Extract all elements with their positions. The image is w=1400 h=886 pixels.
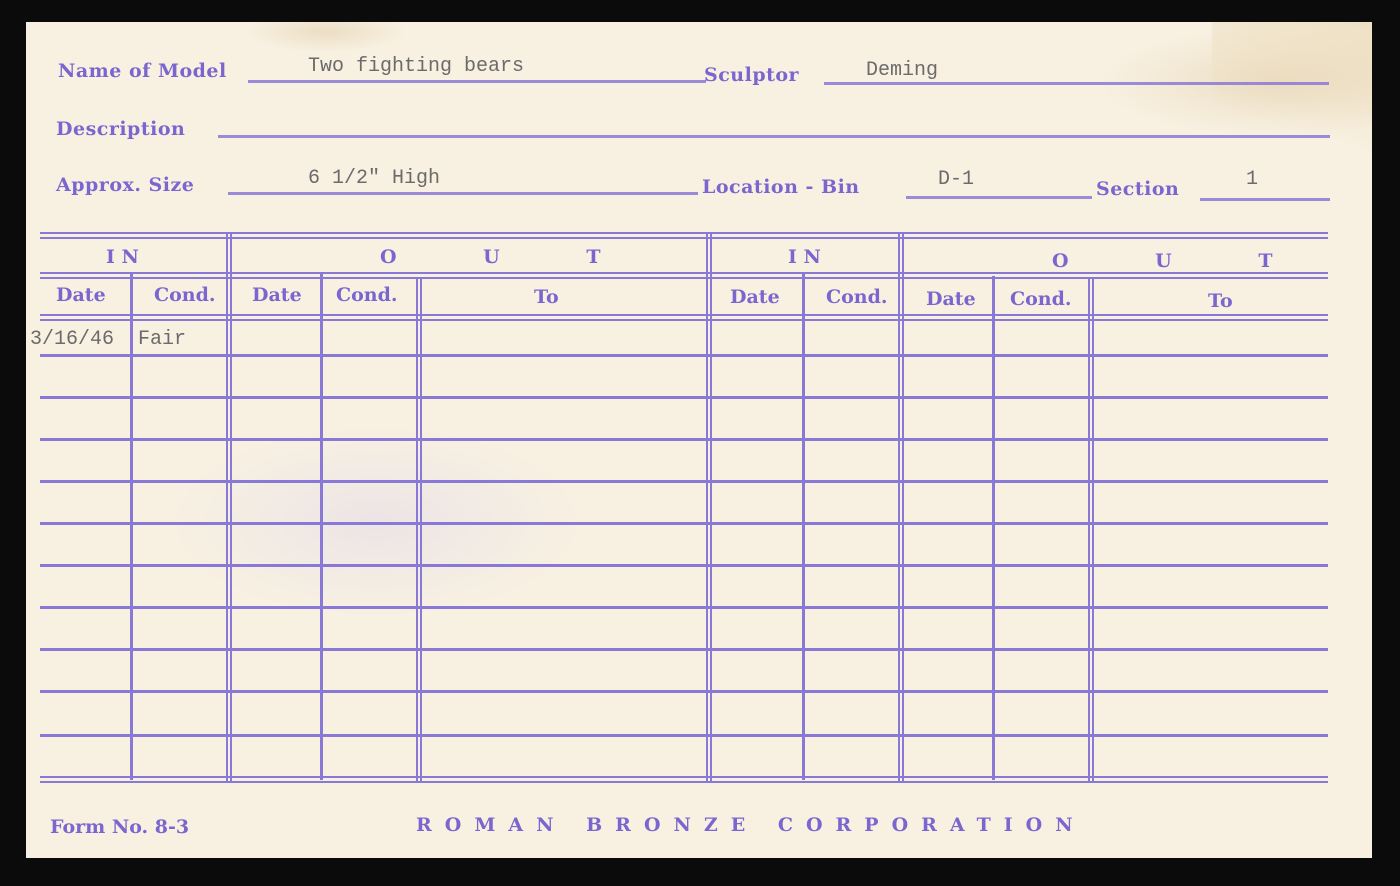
- col-header-out-cond: Cond.: [336, 284, 398, 306]
- row-line: [40, 690, 1328, 693]
- col-header-out-to: To: [534, 286, 559, 308]
- row-line: [40, 354, 1328, 357]
- inventory-card: Name of Model Two fighting bears Sculpto…: [26, 22, 1372, 858]
- group-separator: [1088, 278, 1094, 782]
- group-header-out-1: O U T: [380, 246, 641, 268]
- group-separator: [706, 232, 712, 782]
- column-header-divider: [40, 314, 1328, 321]
- col-header-out2-cond: Cond.: [1010, 288, 1072, 310]
- approx-size-label: Approx. Size: [56, 174, 194, 196]
- form-number: Form No. 8-3: [50, 816, 189, 838]
- row-line: [40, 522, 1328, 525]
- cell-in-cond[interactable]: Fair: [138, 328, 186, 351]
- col-header-in-cond: Cond.: [154, 284, 216, 306]
- sculptor-label: Sculptor: [704, 64, 799, 86]
- location-bin-underline: [906, 196, 1092, 199]
- group-header-in-1: I N: [106, 246, 139, 268]
- sculptor-underline: [824, 82, 1329, 85]
- name-of-model-value[interactable]: Two fighting bears: [308, 55, 524, 78]
- group-separator: [898, 232, 904, 782]
- location-bin-value[interactable]: D-1: [938, 168, 974, 191]
- approx-size-underline: [228, 192, 698, 195]
- description-label: Description: [56, 118, 185, 140]
- row-line: [40, 438, 1328, 441]
- cell-in-date[interactable]: 3/16/46: [30, 328, 114, 351]
- column-separator: [992, 276, 995, 780]
- group-header-in-2: I N: [788, 246, 821, 268]
- name-of-model-underline: [248, 80, 706, 83]
- row-line: [40, 606, 1328, 609]
- section-underline: [1200, 198, 1330, 201]
- water-stain: [1212, 22, 1372, 162]
- col-header-out-date: Date: [252, 284, 302, 306]
- column-separator: [130, 274, 133, 780]
- group-separator: [416, 278, 422, 782]
- group-header-out-2: O U T: [1052, 250, 1313, 272]
- col-header-out2-to: To: [1208, 290, 1233, 312]
- col-header-in2-cond: Cond.: [826, 286, 888, 308]
- section-label: Section: [1096, 178, 1179, 200]
- company-name: ROMAN BRONZE CORPORATION: [416, 814, 1086, 836]
- group-header-divider: [40, 272, 1328, 279]
- table-bottom-border: [40, 776, 1328, 783]
- col-header-in2-date: Date: [730, 286, 780, 308]
- description-underline: [218, 135, 1330, 138]
- approx-size-value[interactable]: 6 1/2" High: [308, 167, 440, 190]
- row-line: [40, 564, 1328, 567]
- column-separator: [320, 274, 323, 780]
- col-header-in-date: Date: [56, 284, 106, 306]
- col-header-out2-date: Date: [926, 288, 976, 310]
- column-separator: [802, 274, 805, 780]
- row-line: [40, 480, 1328, 483]
- sculptor-value[interactable]: Deming: [866, 59, 938, 82]
- name-of-model-label: Name of Model: [58, 60, 227, 82]
- row-line: [40, 648, 1328, 651]
- location-bin-label: Location - Bin: [702, 176, 860, 198]
- row-line: [40, 734, 1328, 737]
- section-value[interactable]: 1: [1246, 168, 1258, 191]
- table-top-border: [40, 232, 1328, 239]
- group-separator: [226, 232, 232, 782]
- row-line: [40, 396, 1328, 399]
